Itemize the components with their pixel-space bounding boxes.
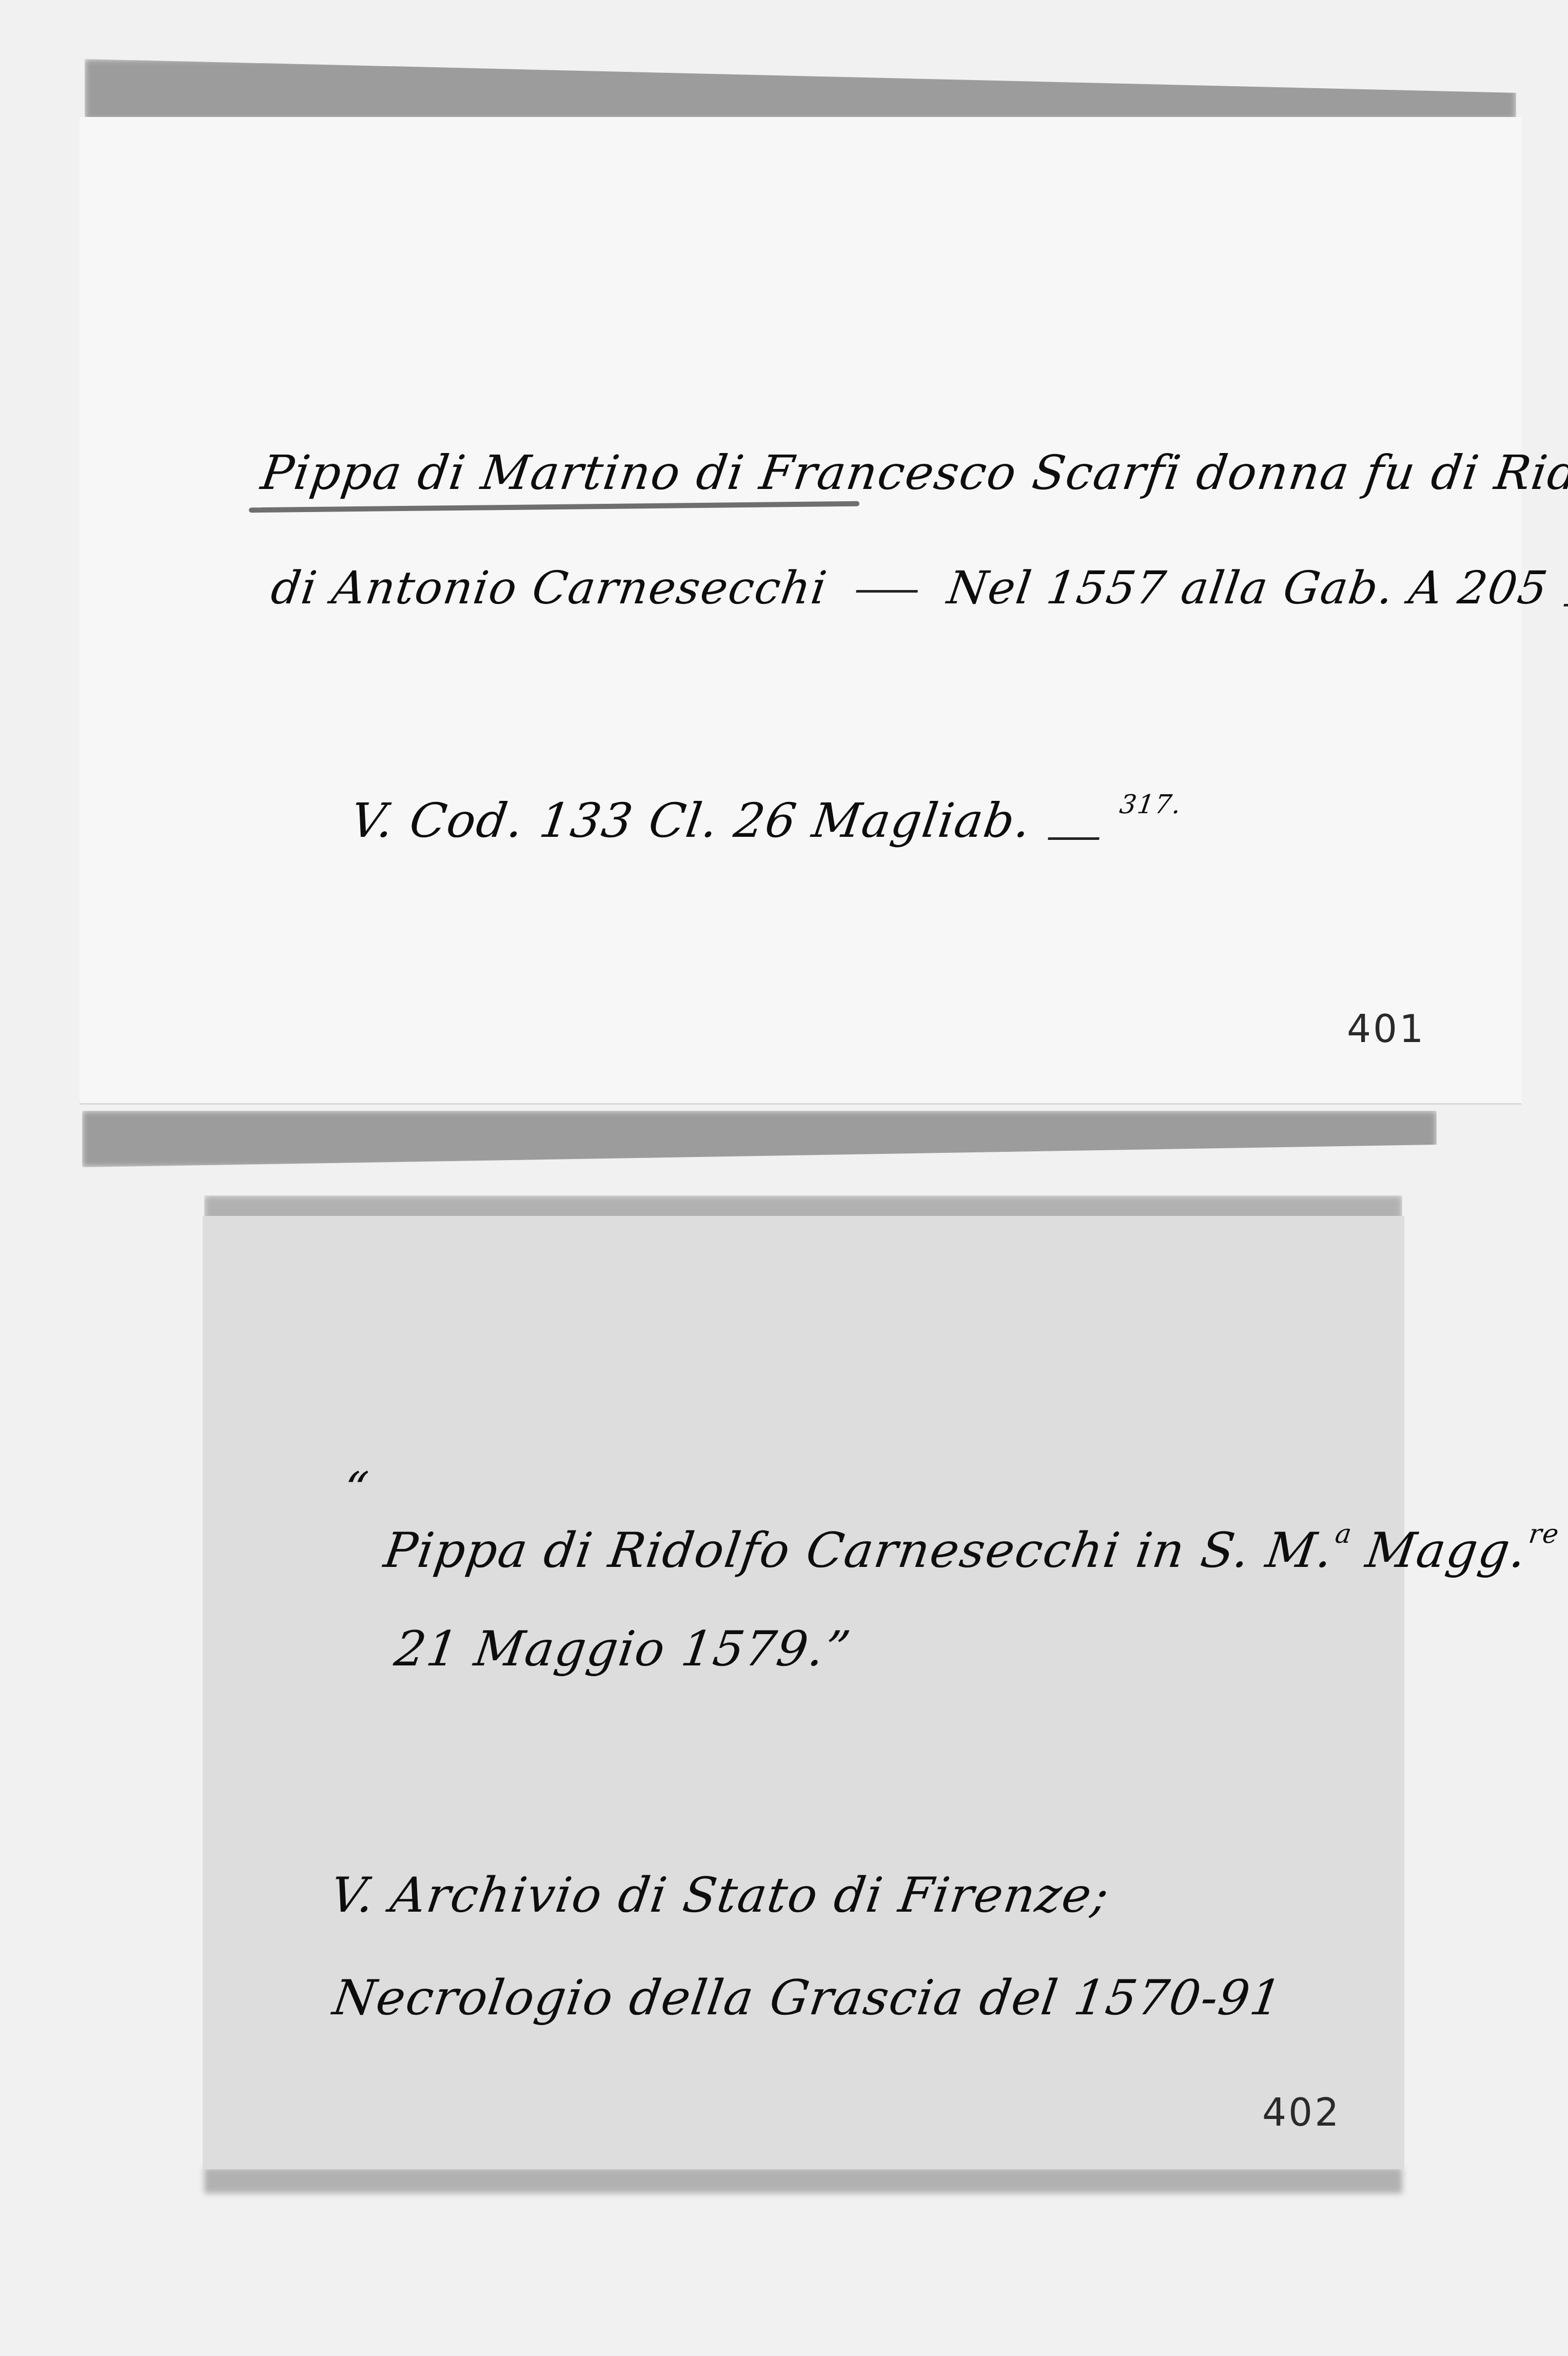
card-2-line-1-superscript-2: re: [1527, 1519, 1562, 1549]
dash-separator: [1563, 604, 1568, 606]
card-1-line-3-superscript: 317.: [1118, 789, 1184, 819]
card-1-line-3: V. Cod. 133 Cl. 26 Magliab. 317.: [347, 789, 1184, 848]
card-2-bottom-shadow: [204, 2168, 1402, 2193]
card-1-bottom-shadow: [82, 1111, 1437, 1167]
card-1-name-underline: [249, 501, 859, 513]
dash-separator: [856, 590, 918, 593]
card-2-open-quote: “: [340, 1462, 373, 1516]
card-1-top-shadow: [85, 59, 1516, 121]
card-2-open-quote-text: “: [340, 1462, 373, 1516]
card-1-line-3-main: V. Cod. 133 Cl. 26 Magliab.: [347, 793, 1035, 848]
page-number-402: 402: [1262, 2091, 1341, 2135]
card-2-line-1-tail: Magg.: [1362, 1523, 1531, 1579]
card-1-line-1: Pippa di Martino di Francesco Scarfi don…: [258, 445, 1568, 500]
dash-separator: [1048, 837, 1100, 840]
archival-card-401: Pippa di Martino di Francesco Scarfi don…: [80, 117, 1521, 1105]
card-1-line-1-text: Pippa di Martino di Francesco Scarfi don…: [258, 445, 1568, 500]
page-number-401: 401: [1347, 1007, 1425, 1051]
card-2-line-2: 21 Maggio 1579.”: [391, 1621, 854, 1677]
card-1-line-2-main: di Antonio Carnesecchi: [268, 561, 831, 614]
card-1-line-2: di Antonio Carnesecchi Nel 1557 alla Gab…: [268, 558, 1568, 614]
card-2-line-1-text: Pippa di Ridolfo Carnesecchi in S. M.: [381, 1523, 1337, 1579]
archival-card-402: “ Pippa di Ridolfo Carnesecchi in S. M.a…: [203, 1216, 1404, 2169]
card-2-line-2-text: 21 Maggio 1579.”: [391, 1621, 854, 1677]
card-1-line-2-reference: Nel 1557 alla Gab. A 205: [944, 561, 1551, 614]
card-2-line-1-superscript-1: a: [1334, 1519, 1355, 1549]
card-2-line-4: Necrologio della Grascia del 1570-91: [329, 1970, 1286, 2026]
card-2-line-4-text: Necrologio della Grascia del 1570-91: [329, 1970, 1286, 2026]
card-2-line-3-text: V. Archivio di Stato di Firenze;: [327, 1868, 1113, 1923]
card-2-line-1: Pippa di Ridolfo Carnesecchi in S. M.a M…: [381, 1519, 1562, 1579]
card-2-line-3: V. Archivio di Stato di Firenze;: [327, 1868, 1113, 1923]
